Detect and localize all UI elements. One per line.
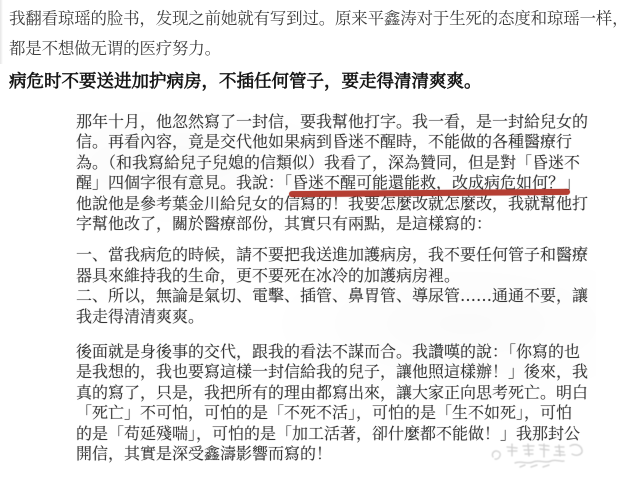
letter-line-text: 真的寫了，只是，我把所有的理由都寫出來，讓大家正向思考死亡。明白 bbox=[76, 383, 588, 402]
letter-line-text: 他說他是參考葉金川給兒女的信寫的！我要怎麼改就怎麼改，我就幫他打 bbox=[76, 194, 588, 213]
letter-line-text: 為。（和我寫給兒子兒媳的信類似）我看了，深為贊同，但是對「昏迷不 bbox=[76, 153, 580, 172]
letter-line-text: 醒」四個字很有意見。我說：「 bbox=[76, 173, 292, 192]
letter-line-text: 的是「苟延殘喘」，可怕的是「加工活著，卻什麼都不能做！」我那封公 bbox=[76, 424, 580, 443]
letter-line: 字幫他改了，關於醫療部份，其實只有兩點，是這樣寫的： bbox=[76, 214, 596, 234]
scan-edge-artifact bbox=[0, 0, 3, 64]
scanned-letter: 那年十月，他忽然寫了一封信，要我幫他打字。我一看，是一封給兒女的 信。再看內容，… bbox=[76, 112, 596, 465]
article-page: 我翻看琼瑶的脸书，发现之前她就有写到过。原来平鑫涛对于生死的态度和琼瑶一样，都是… bbox=[0, 0, 640, 480]
letter-line-text: 一、當我病危的時候，請不要把我送進加護病房，我不要任何管子和醫療 bbox=[76, 245, 588, 264]
letter-paragraph-3: 後面就是身後事的交代，跟我的看法不謀而合。我讚嘆的說：「你寫的也 是我想的，我也… bbox=[76, 342, 596, 464]
letter-line: 他說他是參考葉金川給兒女的信寫的！我要怎麼改就怎麼改，我就幫他打 bbox=[76, 194, 596, 214]
letter-line: 醒」四個字很有意見。我說：「昏迷不醒可能還能救，改成病危如何？」 bbox=[76, 173, 596, 193]
letter-paragraph-1: 那年十月，他忽然寫了一封信，要我幫他打字。我一看，是一封給兒女的 信。再看內容，… bbox=[76, 112, 596, 234]
letter-line-text: 器具來維持我的生命，更不要死在冰冷的加護病房裡。 bbox=[76, 266, 460, 285]
letter-line-text: 後面就是身後事的交代，跟我的看法不謀而合。我讚嘆的說：「你寫的也 bbox=[76, 342, 580, 361]
letter-line: 我走得清清爽爽。 bbox=[76, 307, 596, 327]
letter-line: 後面就是身後事的交代，跟我的看法不謀而合。我讚嘆的說：「你寫的也 bbox=[76, 342, 596, 362]
letter-paragraph-2: 一、當我病危的時候，請不要把我送進加護病房，我不要任何管子和醫療 器具來維持我的… bbox=[76, 245, 596, 327]
letter-line: 那年十月，他忽然寫了一封信，要我幫他打字。我一看，是一封給兒女的 bbox=[76, 112, 596, 132]
letter-line: 器具來維持我的生命，更不要死在冰冷的加護病房裡。 bbox=[76, 266, 596, 286]
article-intro: 我翻看琼瑶的脸书，发现之前她就有写到过。原来平鑫涛对于生死的态度和琼瑶一样，都是… bbox=[9, 4, 636, 64]
letter-line-text: 信。再看內容，竟是交代他如果病到昏迷不醒時，不能做的各種醫療行 bbox=[76, 132, 572, 151]
letter-line: 二、所以，無論是氣切、電擊、插管、鼻胃管、導尿管……通通不要，讓 bbox=[76, 286, 596, 306]
letter-line: 為。（和我寫給兒子兒媳的信類似）我看了，深為贊同，但是對「昏迷不 bbox=[76, 153, 596, 173]
letter-line: 是我想的，我也要寫這樣一封信給我的兒子，讓他照這樣辦！」後來，我 bbox=[76, 362, 596, 382]
letter-line-text: 字幫他改了，關於醫療部份，其實只有兩點，是這樣寫的： bbox=[76, 214, 492, 233]
section-heading: 病危时不要送进加护病房，不插任何管子，要走得清清爽爽。 bbox=[9, 69, 629, 93]
letter-line-text: 開信，其實是深受鑫濤影響而寫的！ bbox=[76, 444, 332, 463]
letter-line-text: 二、所以，無論是氣切、電擊、插管、鼻胃管、導尿管……通通不要，讓 bbox=[76, 286, 588, 305]
letter-line: 真的寫了，只是，我把所有的理由都寫出來，讓大家正向思考死亡。明白 bbox=[76, 383, 596, 403]
red-underlined-text: 昏迷不醒可能還能救，改成病危如何？ bbox=[292, 173, 564, 192]
letter-line: 一、當我病危的時候，請不要把我送進加護病房，我不要任何管子和醫療 bbox=[76, 245, 596, 265]
letter-line: 開信，其實是深受鑫濤影響而寫的！ bbox=[76, 444, 596, 464]
letter-line-text: 那年十月，他忽然寫了一封信，要我幫他打字。我一看，是一封給兒女的 bbox=[76, 112, 588, 131]
letter-line: 信。再看內容，竟是交代他如果病到昏迷不醒時，不能做的各種醫療行 bbox=[76, 132, 596, 152]
letter-line: 「死亡」不可怕，可怕的是「不死不活」，可怕的是「生不如死」，可怕 bbox=[76, 403, 596, 423]
letter-line-text: 是我想的，我也要寫這樣一封信給我的兒子，讓他照這樣辦！」後來，我 bbox=[76, 362, 588, 381]
letter-line: 的是「苟延殘喘」，可怕的是「加工活著，卻什麼都不能做！」我那封公 bbox=[76, 424, 596, 444]
letter-line-text: 「死亡」不可怕，可怕的是「不死不活」，可怕的是「生不如死」，可怕 bbox=[76, 403, 572, 422]
letter-line-text: 我走得清清爽爽。 bbox=[76, 307, 204, 326]
